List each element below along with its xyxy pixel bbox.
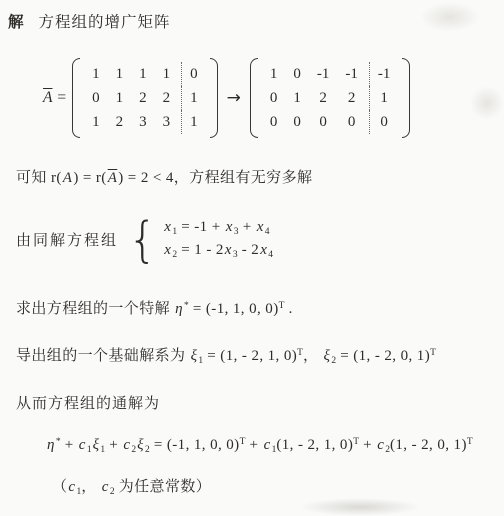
system-label: 由同解方程组 <box>16 229 118 250</box>
math-token-text: + <box>105 437 122 453</box>
math-token-text: ， <box>303 348 323 364</box>
matrix-a: 111100122112331 <box>72 58 218 138</box>
matrix-cell: 0 <box>84 86 108 110</box>
matrix-cell: 2 <box>155 86 179 110</box>
matrix-b-grid: 10-1-1-10122100000 <box>258 58 403 138</box>
matrix-cell: 1 <box>155 62 179 86</box>
matrix-cell: 0 <box>262 110 286 134</box>
augmented-matrix-equation: A = 111100122112331 → 10-1-1-10122100000 <box>42 58 498 138</box>
matrix-cell: 1 <box>84 110 108 134</box>
matrix-cell: 3 <box>155 110 179 134</box>
right-paren <box>402 58 410 138</box>
matrix-cell: 1 <box>285 86 309 110</box>
math-token-text: 可知 r( <box>16 170 62 186</box>
matrix-cell: 0 <box>309 110 338 134</box>
matrix-augmented-cell: 0 <box>369 110 399 134</box>
math-token-text: = 1 - 2 <box>177 242 224 258</box>
scanned-solution-page: 解方程组的增广矩阵 A = 111100122112331 → 10-1-1-1… <box>0 0 504 516</box>
scan-smudge <box>300 498 420 516</box>
math-token-ovar: A <box>107 170 119 186</box>
math-token-text: + <box>61 437 78 453</box>
math-token-text: = (1, - 2, 1, 0) <box>203 348 297 364</box>
matrix-cell: 2 <box>309 86 338 110</box>
math-token-var: x <box>163 242 172 258</box>
math-token-text: ) = 2 < 4，方程组有无穷多解 <box>118 170 312 186</box>
matrix-cell: 1 <box>84 62 108 86</box>
math-token-sub: 4 <box>265 227 270 237</box>
matrix-cell: 3 <box>131 110 155 134</box>
basis-solutions-statement: 导出组的一个基础解系为 ξ1 = (1, - 2, 1, 0)T， ξ2 = (… <box>16 344 498 366</box>
math-token-text: + <box>239 219 256 235</box>
math-token-text: 为任意常数） <box>115 479 212 495</box>
right-paren <box>210 58 218 138</box>
solution-heading: 解方程组的增广矩阵 <box>8 10 498 32</box>
math-token-text: (1, - 2, 0, 1) <box>390 437 467 453</box>
math-token-var: c <box>101 479 110 495</box>
general-solution-equation: η* + c1ξ1 + c2ξ2 = (-1, 1, 0, 0)T + c1(1… <box>46 437 498 455</box>
math-token-var: x <box>224 242 233 258</box>
math-token-var: x <box>163 219 172 235</box>
equivalent-system: 由同解方程组 { x1 = -1 + x3 + x4 x2 = 1 - 2x3 … <box>16 211 498 267</box>
matrix-cell: 1 <box>108 62 132 86</box>
math-token-text: ， <box>81 479 101 495</box>
math-token-var: c <box>263 437 272 453</box>
matrix-augmented-cell: 1 <box>369 86 399 110</box>
matrix-a-grid: 111100122112331 <box>80 58 210 138</box>
math-token-var: A <box>62 170 74 186</box>
matrix-cell: 0 <box>285 62 309 86</box>
math-token-sup: T <box>467 437 473 447</box>
matrix-augmented-cell: 0 <box>181 62 206 86</box>
math-token-text: = (1, - 2, 0, 1) <box>336 348 430 364</box>
matrix-cell: -1 <box>309 62 338 86</box>
math-token-text: 求出方程组的一个特解 <box>16 301 174 317</box>
matrix-cell: 1 <box>131 62 155 86</box>
matrix-cell: 2 <box>337 86 366 110</box>
matrix-cell: 2 <box>131 86 155 110</box>
matrix-cell: 2 <box>108 110 132 134</box>
math-token-sup: T <box>430 348 436 358</box>
math-token-var: x <box>259 242 268 258</box>
math-token-var: c <box>78 437 87 453</box>
matrix-cell: 0 <box>337 110 366 134</box>
system-equations: x1 = -1 + x3 + x4 x2 = 1 - 2x3 - 2x4 <box>163 219 273 260</box>
math-token-var: x <box>225 219 234 235</box>
matrix-augmented-cell: -1 <box>369 62 399 86</box>
math-token-var: η <box>46 437 56 453</box>
matrix-lhs: A = <box>42 89 66 107</box>
general-solution-label: 从而方程组的通解为 <box>16 392 498 413</box>
matrix-cell: -1 <box>337 62 366 86</box>
solution-label: 解 <box>8 14 25 31</box>
math-token-text: + <box>359 437 376 453</box>
system-brace: { <box>128 210 157 269</box>
math-token-var: ξ <box>136 437 145 453</box>
math-token-text: = -1 + <box>177 219 225 235</box>
matrix-cell: 1 <box>262 62 286 86</box>
matrix-cell: 1 <box>108 86 132 110</box>
left-paren <box>250 58 258 138</box>
math-token-text: . <box>284 301 292 317</box>
math-token-var: c <box>376 437 385 453</box>
math-token-text: = (-1, 1, 0, 0) <box>189 301 279 317</box>
math-token-text: (1, - 2, 1, 0) <box>276 437 353 453</box>
math-token-sub: 4 <box>268 250 273 260</box>
heading-text: 方程组的增广矩阵 <box>39 14 171 31</box>
matrix-cell: 0 <box>262 86 286 110</box>
math-token-sub: 1 <box>87 445 92 455</box>
math-token-var: x <box>256 219 265 235</box>
math-token-text: = (-1, 1, 0, 0) <box>150 437 240 453</box>
math-token-var: η <box>174 301 184 317</box>
equation-x2: x2 = 1 - 2x3 - 2x4 <box>163 242 273 260</box>
particular-solution-statement: 求出方程组的一个特解 η* = (-1, 1, 0, 0)T . <box>16 297 498 318</box>
math-token-text: - 2 <box>238 242 260 258</box>
rank-statement: 可知 r(A) = r(A) = 2 < 4，方程组有无穷多解 <box>16 166 498 187</box>
math-token-text: = <box>53 89 66 106</box>
matrix-b: 10-1-1-10122100000 <box>250 58 411 138</box>
math-token-text: （ <box>52 479 67 495</box>
matrix-augmented-cell: 1 <box>181 110 206 134</box>
row-reduction-arrow-icon: → <box>227 88 241 108</box>
math-token-ovar: A <box>42 89 53 106</box>
math-token-text: + <box>245 437 262 453</box>
matrix-cell: 0 <box>285 110 309 134</box>
math-token-text: 导出组的一个基础解系为 <box>16 348 190 364</box>
matrix-augmented-cell: 1 <box>181 86 206 110</box>
math-token-text: ) = r( <box>73 170 106 186</box>
left-paren <box>72 58 80 138</box>
arbitrary-constants-note: （c1， c2 为任意常数） <box>52 475 498 497</box>
equation-x1: x1 = -1 + x3 + x4 <box>163 219 273 237</box>
